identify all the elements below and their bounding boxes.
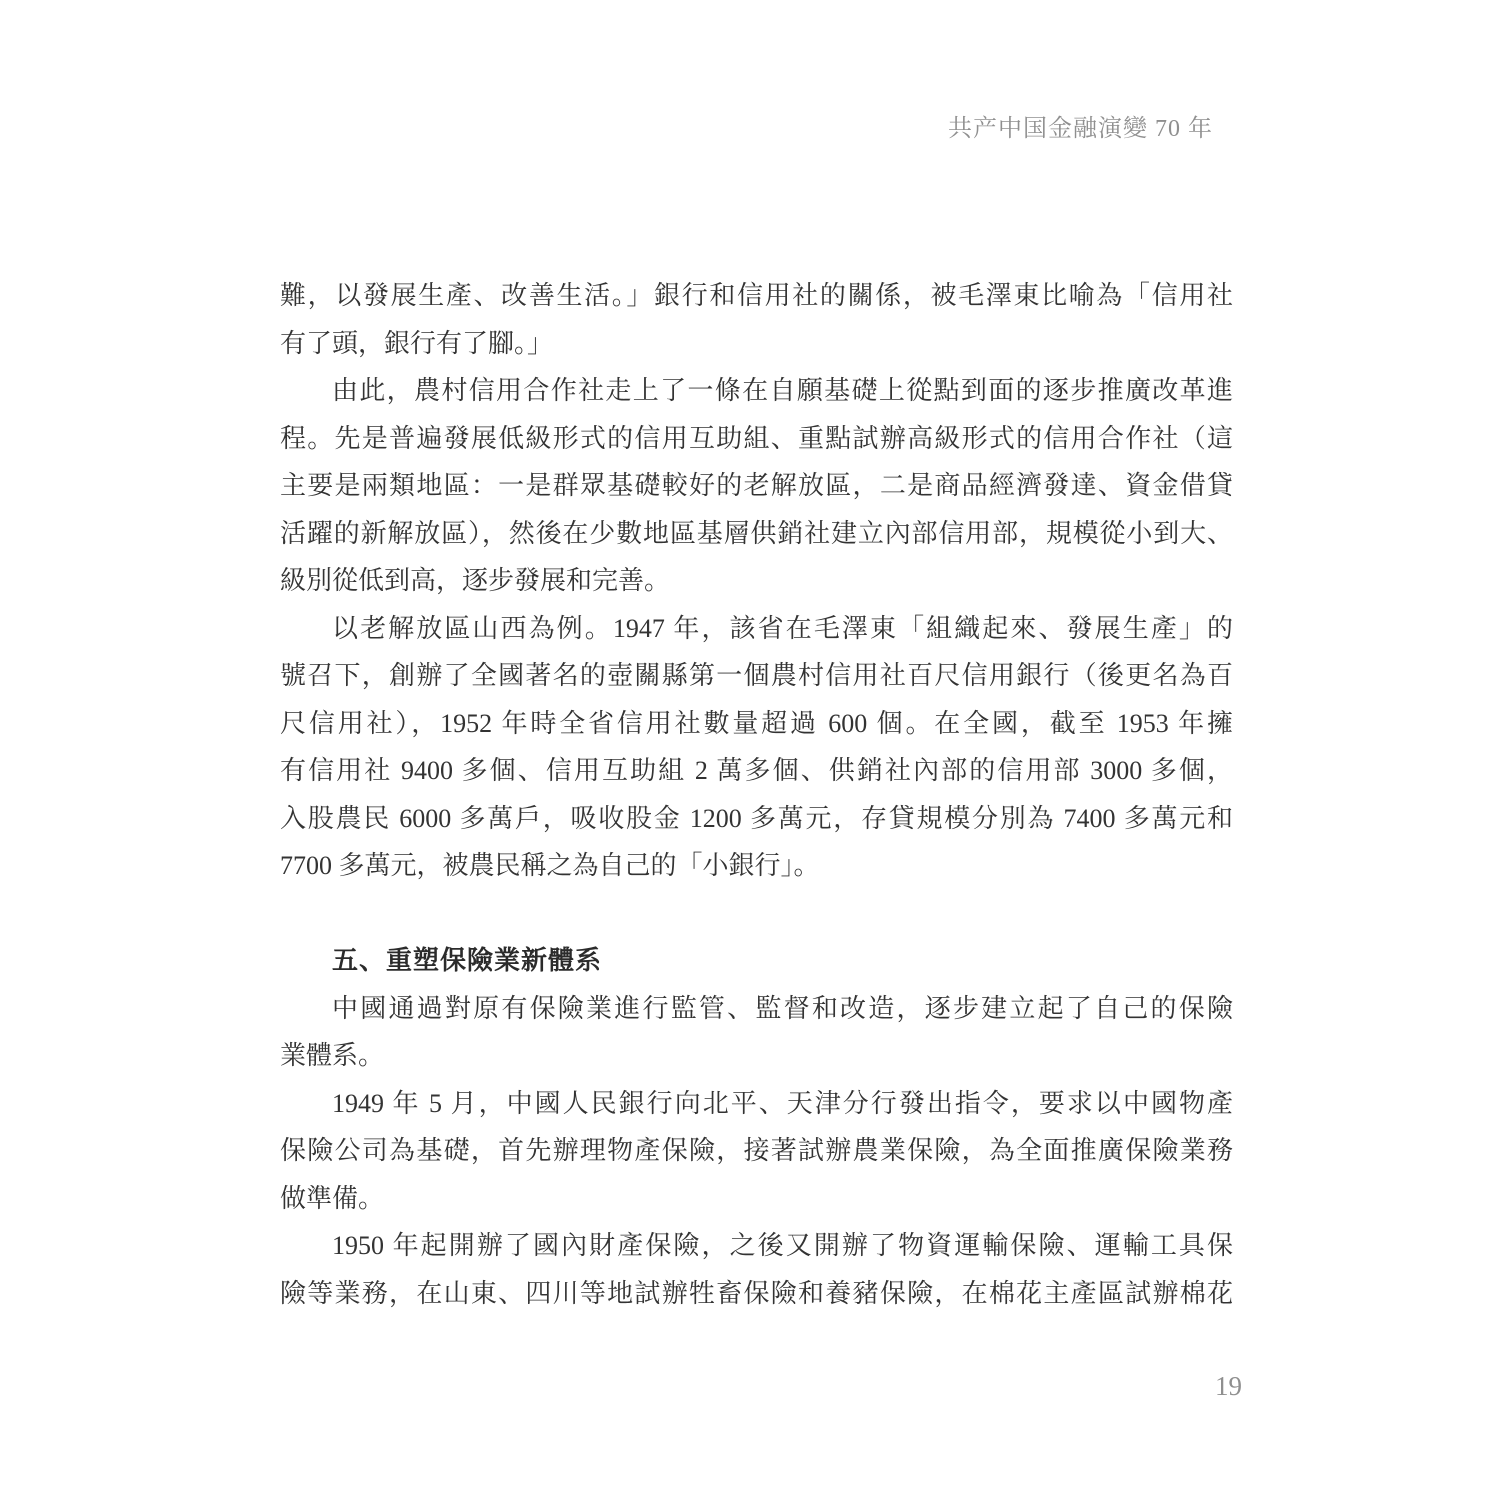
section-heading: 五、重塑保險業新體系: [280, 937, 1233, 985]
text-line: 有了頭，銀行有了腳。」: [280, 320, 1233, 368]
text-line: 險等業務，在山東、四川等地試辦牲畜保險和養豬保險，在棉花主產區試辦棉花: [280, 1270, 1233, 1318]
text-line: 業體系。: [280, 1032, 1233, 1080]
text-line: 入股農民 6000 多萬戶，吸收股金 1200 多萬元，存貸規模分別為 7400…: [280, 795, 1233, 843]
text-line: 1950 年起開辦了國內財產保險，之後又開辦了物資運輸保險、運輸工具保: [280, 1222, 1233, 1270]
text-line: 7700 多萬元，被農民稱之為自己的「小銀行」。: [280, 842, 1233, 890]
text-line: 主要是兩類地區：一是群眾基礎較好的老解放區，二是商品經濟發達、資金借貸: [280, 462, 1233, 510]
text-line: 1949 年 5 月，中國人民銀行向北平、天津分行發出指令，要求以中國物產: [280, 1080, 1233, 1128]
text-line: 活躍的新解放區），然後在少數地區基層供銷社建立內部信用部，規模從小到大、: [280, 510, 1233, 558]
text-line: 以老解放區山西為例。1947 年，該省在毛澤東「組織起來、發展生產」的: [280, 605, 1233, 653]
body-text: 難，以發展生產、改善生活。」銀行和信用社的關係，被毛澤東比喻為「信用社 有了頭，…: [280, 272, 1233, 1317]
text-line: 做準備。: [280, 1175, 1233, 1223]
book-page: 共产中国金融演變 70 年 難，以發展生產、改善生活。」銀行和信用社的關係，被毛…: [0, 0, 1500, 1500]
text-line: 尺信用社），1952 年時全省信用社數量超過 600 個。在全國，截至 1953…: [280, 700, 1233, 748]
text-line: 中國通過對原有保險業進行監管、監督和改造，逐步建立起了自己的保險: [280, 985, 1233, 1033]
text-line: 號召下，創辦了全國著名的壺關縣第一個農村信用社百尺信用銀行（後更名為百: [280, 652, 1233, 700]
text-line: 難，以發展生產、改善生活。」銀行和信用社的關係，被毛澤東比喻為「信用社: [280, 272, 1233, 320]
text-line: 保險公司為基礎，首先辦理物產保險，接著試辦農業保險，為全面推廣保險業務: [280, 1127, 1233, 1175]
text-line: 由此，農村信用合作社走上了一條在自願基礎上從點到面的逐步推廣改革進: [280, 367, 1233, 415]
page-number: 19: [1215, 1371, 1242, 1402]
blank-line: [280, 890, 1233, 938]
text-line: 程。先是普遍發展低級形式的信用互助組、重點試辦高級形式的信用合作社（這: [280, 415, 1233, 463]
text-line: 有信用社 9400 多個、信用互助組 2 萬多個、供銷社內部的信用部 3000 …: [280, 747, 1233, 795]
text-line: 級別從低到高，逐步發展和完善。: [280, 557, 1233, 605]
running-head: 共产中国金融演變 70 年: [948, 114, 1213, 144]
